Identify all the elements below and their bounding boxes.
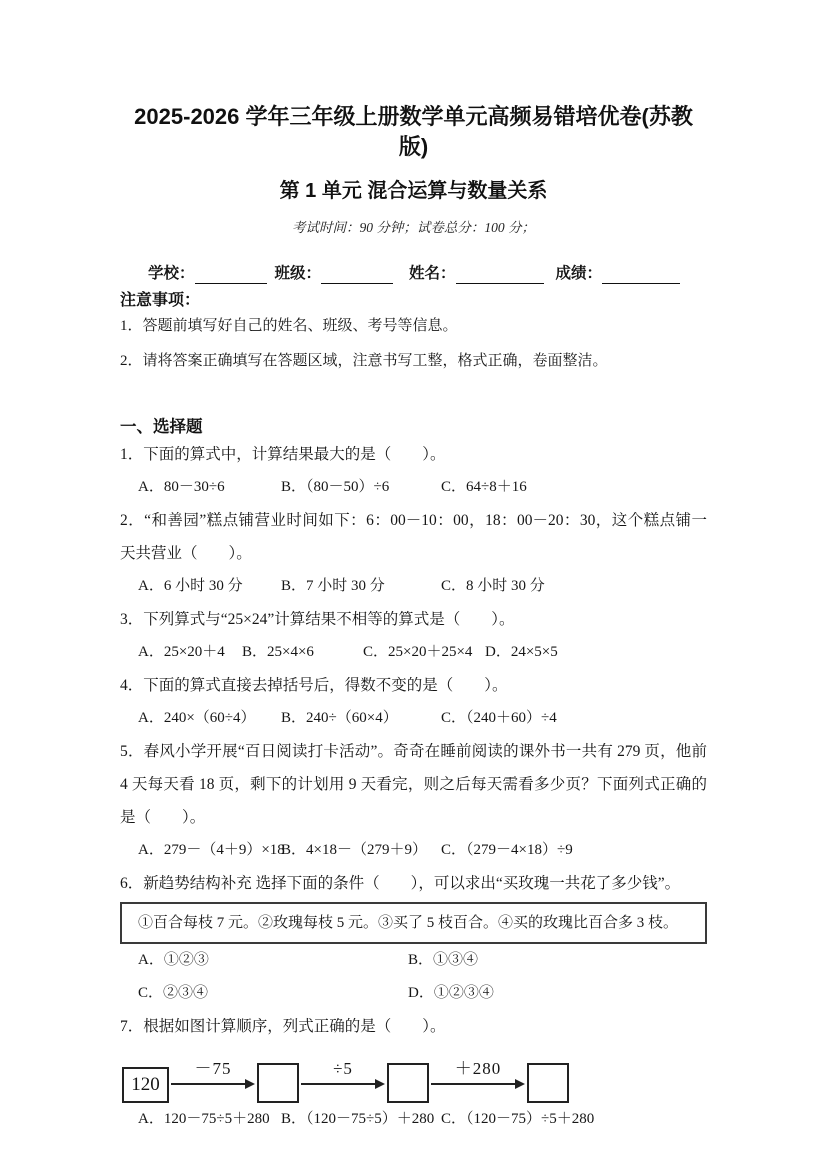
option-d: D．①②③④ <box>408 977 568 1010</box>
option-b: B．（80－50）÷6 <box>281 471 441 504</box>
flow-op-div5: ÷5 <box>301 1059 385 1103</box>
score-blank[interactable] <box>602 265 680 284</box>
option-a: A．279－（4＋9）×18 <box>138 834 281 867</box>
option-b: B．（120－75÷5）＋280 <box>281 1103 441 1136</box>
option-a: A．240×（60÷4） <box>138 702 281 735</box>
unit-subtitle: 第 1 单元 混合运算与数量关系 <box>120 178 707 205</box>
option-b: B．7 小时 30 分 <box>281 570 441 603</box>
question-stem: 2．“和善园”糕点铺营业时间如下：6：00－10：00，18：00－20：30，… <box>120 504 707 570</box>
options-row: A．240×（60÷4） B．240÷（60×4） C．（240＋60）÷4 <box>120 702 707 735</box>
notice-heading: 注意事项： <box>120 290 707 312</box>
exam-paper: 2025-2026 学年三年级上册数学单元高频易错培优卷(苏教版) 第 1 单元… <box>120 0 707 1136</box>
option-c: C．8 小时 30 分 <box>441 570 545 603</box>
option-c: C．（240＋60）÷4 <box>441 702 557 735</box>
question-3: 3．下列算式与“25×24”计算结果不相等的算式是（ ）。 A．25×20＋4 … <box>120 603 707 669</box>
question-stem: 1．下面的算式中，计算结果最大的是（ ）。 <box>120 438 707 471</box>
question-5: 5．春风小学开展“百日阅读打卡活动”。奇奇在睡前阅读的课外书一共有 279 页，… <box>120 735 707 867</box>
question-stem: 3．下列算式与“25×24”计算结果不相等的算式是（ ）。 <box>120 603 707 636</box>
flow-op-plus280: ＋280 <box>431 1059 525 1103</box>
flow-empty-box-1 <box>257 1063 299 1103</box>
notice-item: 2．请将答案正确填写在答题区域，注意书写工整，格式正确，卷面整洁。 <box>120 350 707 372</box>
name-blank[interactable] <box>456 265 544 284</box>
option-b: B．4×18－（279＋9） <box>281 834 441 867</box>
op-label: ÷5 <box>333 1059 353 1078</box>
question-stem: 4．下面的算式直接去掉括号后，得数不变的是（ ）。 <box>120 669 707 702</box>
flow-empty-box-3 <box>527 1063 569 1103</box>
exam-info: 考试时间：90 分钟；试卷总分：100 分； <box>120 218 707 238</box>
option-a: A．6 小时 30 分 <box>138 570 281 603</box>
question-6: 6．新趋势结构补充 选择下面的条件（ ），可以求出“买玫瑰一共花了多少钱”。 ①… <box>120 867 707 1010</box>
school-field: 学校： <box>148 264 267 284</box>
option-c: C．（279－4×18）÷9 <box>441 834 573 867</box>
condition-box: ①百合每枝 7 元。②玫瑰每枝 5 元。③买了 5 枝百合。④买的玫瑰比百合多 … <box>120 902 707 944</box>
option-d: D．24×5×5 <box>485 636 558 669</box>
arrow-right-icon <box>171 1078 255 1090</box>
option-a: A．80－30÷6 <box>138 471 281 504</box>
header-fields-row: 学校： 班级： 姓名： 成绩： <box>120 262 707 284</box>
flow-diagram: 120 －75 ÷5 ＋280 <box>120 1047 707 1103</box>
question-7: 7．根据如图计算顺序，列式正确的是（ ）。 120 －75 ÷5 ＋ <box>120 1010 707 1136</box>
options-row: A．25×20＋4 B．25×4×6 C．25×20＋25×4 D．24×5×5 <box>120 636 707 669</box>
options-row: A．279－（4＋9）×18 B．4×18－（279＋9） C．（279－4×1… <box>120 834 707 867</box>
flow-empty-box-2 <box>387 1063 429 1103</box>
score-label: 成绩： <box>556 264 603 284</box>
arrow-right-icon <box>301 1078 385 1090</box>
options-row: A．80－30÷6 B．（80－50）÷6 C．64÷8＋16 <box>120 471 707 504</box>
options-row: C．②③④ D．①②③④ <box>120 977 707 1010</box>
option-c: C．（120－75）÷5＋280 <box>441 1103 594 1136</box>
options-row: A．6 小时 30 分 B．7 小时 30 分 C．8 小时 30 分 <box>120 570 707 603</box>
option-c: C．25×20＋25×4 <box>363 636 485 669</box>
question-4: 4．下面的算式直接去掉括号后，得数不变的是（ ）。 A．240×（60÷4） B… <box>120 669 707 735</box>
question-stem: 7．根据如图计算顺序，列式正确的是（ ）。 <box>120 1010 707 1043</box>
name-field: 姓名： <box>409 264 544 284</box>
school-blank[interactable] <box>195 265 267 284</box>
options-row: A．120－75÷5＋280 B．（120－75÷5）＋280 C．（120－7… <box>120 1103 707 1136</box>
name-label: 姓名： <box>409 264 456 284</box>
class-blank[interactable] <box>321 265 393 284</box>
flow-op-minus75: －75 <box>171 1059 255 1103</box>
section-heading-choice: 一、选择题 <box>120 416 707 438</box>
score-field: 成绩： <box>556 264 681 284</box>
question-1: 1．下面的算式中，计算结果最大的是（ ）。 A．80－30÷6 B．（80－50… <box>120 438 707 504</box>
option-b: B．①③④ <box>408 944 568 977</box>
option-c: C．64÷8＋16 <box>441 471 527 504</box>
question-stem: 6．新趋势结构补充 选择下面的条件（ ），可以求出“买玫瑰一共花了多少钱”。 <box>120 867 707 900</box>
op-label: ＋280 <box>455 1059 502 1078</box>
question-2: 2．“和善园”糕点铺营业时间如下：6：00－10：00，18：00－20：30，… <box>120 504 707 603</box>
option-c: C．②③④ <box>138 977 408 1010</box>
class-field: 班级： <box>275 264 394 284</box>
notice-item: 1．答题前填写好自己的姓名、班级、考号等信息。 <box>120 315 707 337</box>
options-row: A．①②③ B．①③④ <box>120 944 707 977</box>
option-b: B．240÷（60×4） <box>281 702 441 735</box>
op-label: －75 <box>195 1059 232 1078</box>
option-a: A．①②③ <box>138 944 408 977</box>
arrow-right-icon <box>431 1078 525 1090</box>
class-label: 班级： <box>275 264 322 284</box>
school-label: 学校： <box>148 264 195 284</box>
question-stem: 5．春风小学开展“百日阅读打卡活动”。奇奇在睡前阅读的课外书一共有 279 页，… <box>120 735 707 834</box>
option-b: B．25×4×6 <box>242 636 363 669</box>
page-title: 2025-2026 学年三年级上册数学单元高频易错培优卷(苏教版) <box>120 102 707 162</box>
flow-start-box: 120 <box>122 1067 169 1103</box>
option-a: A．25×20＋4 <box>138 636 242 669</box>
option-a: A．120－75÷5＋280 <box>138 1103 281 1136</box>
